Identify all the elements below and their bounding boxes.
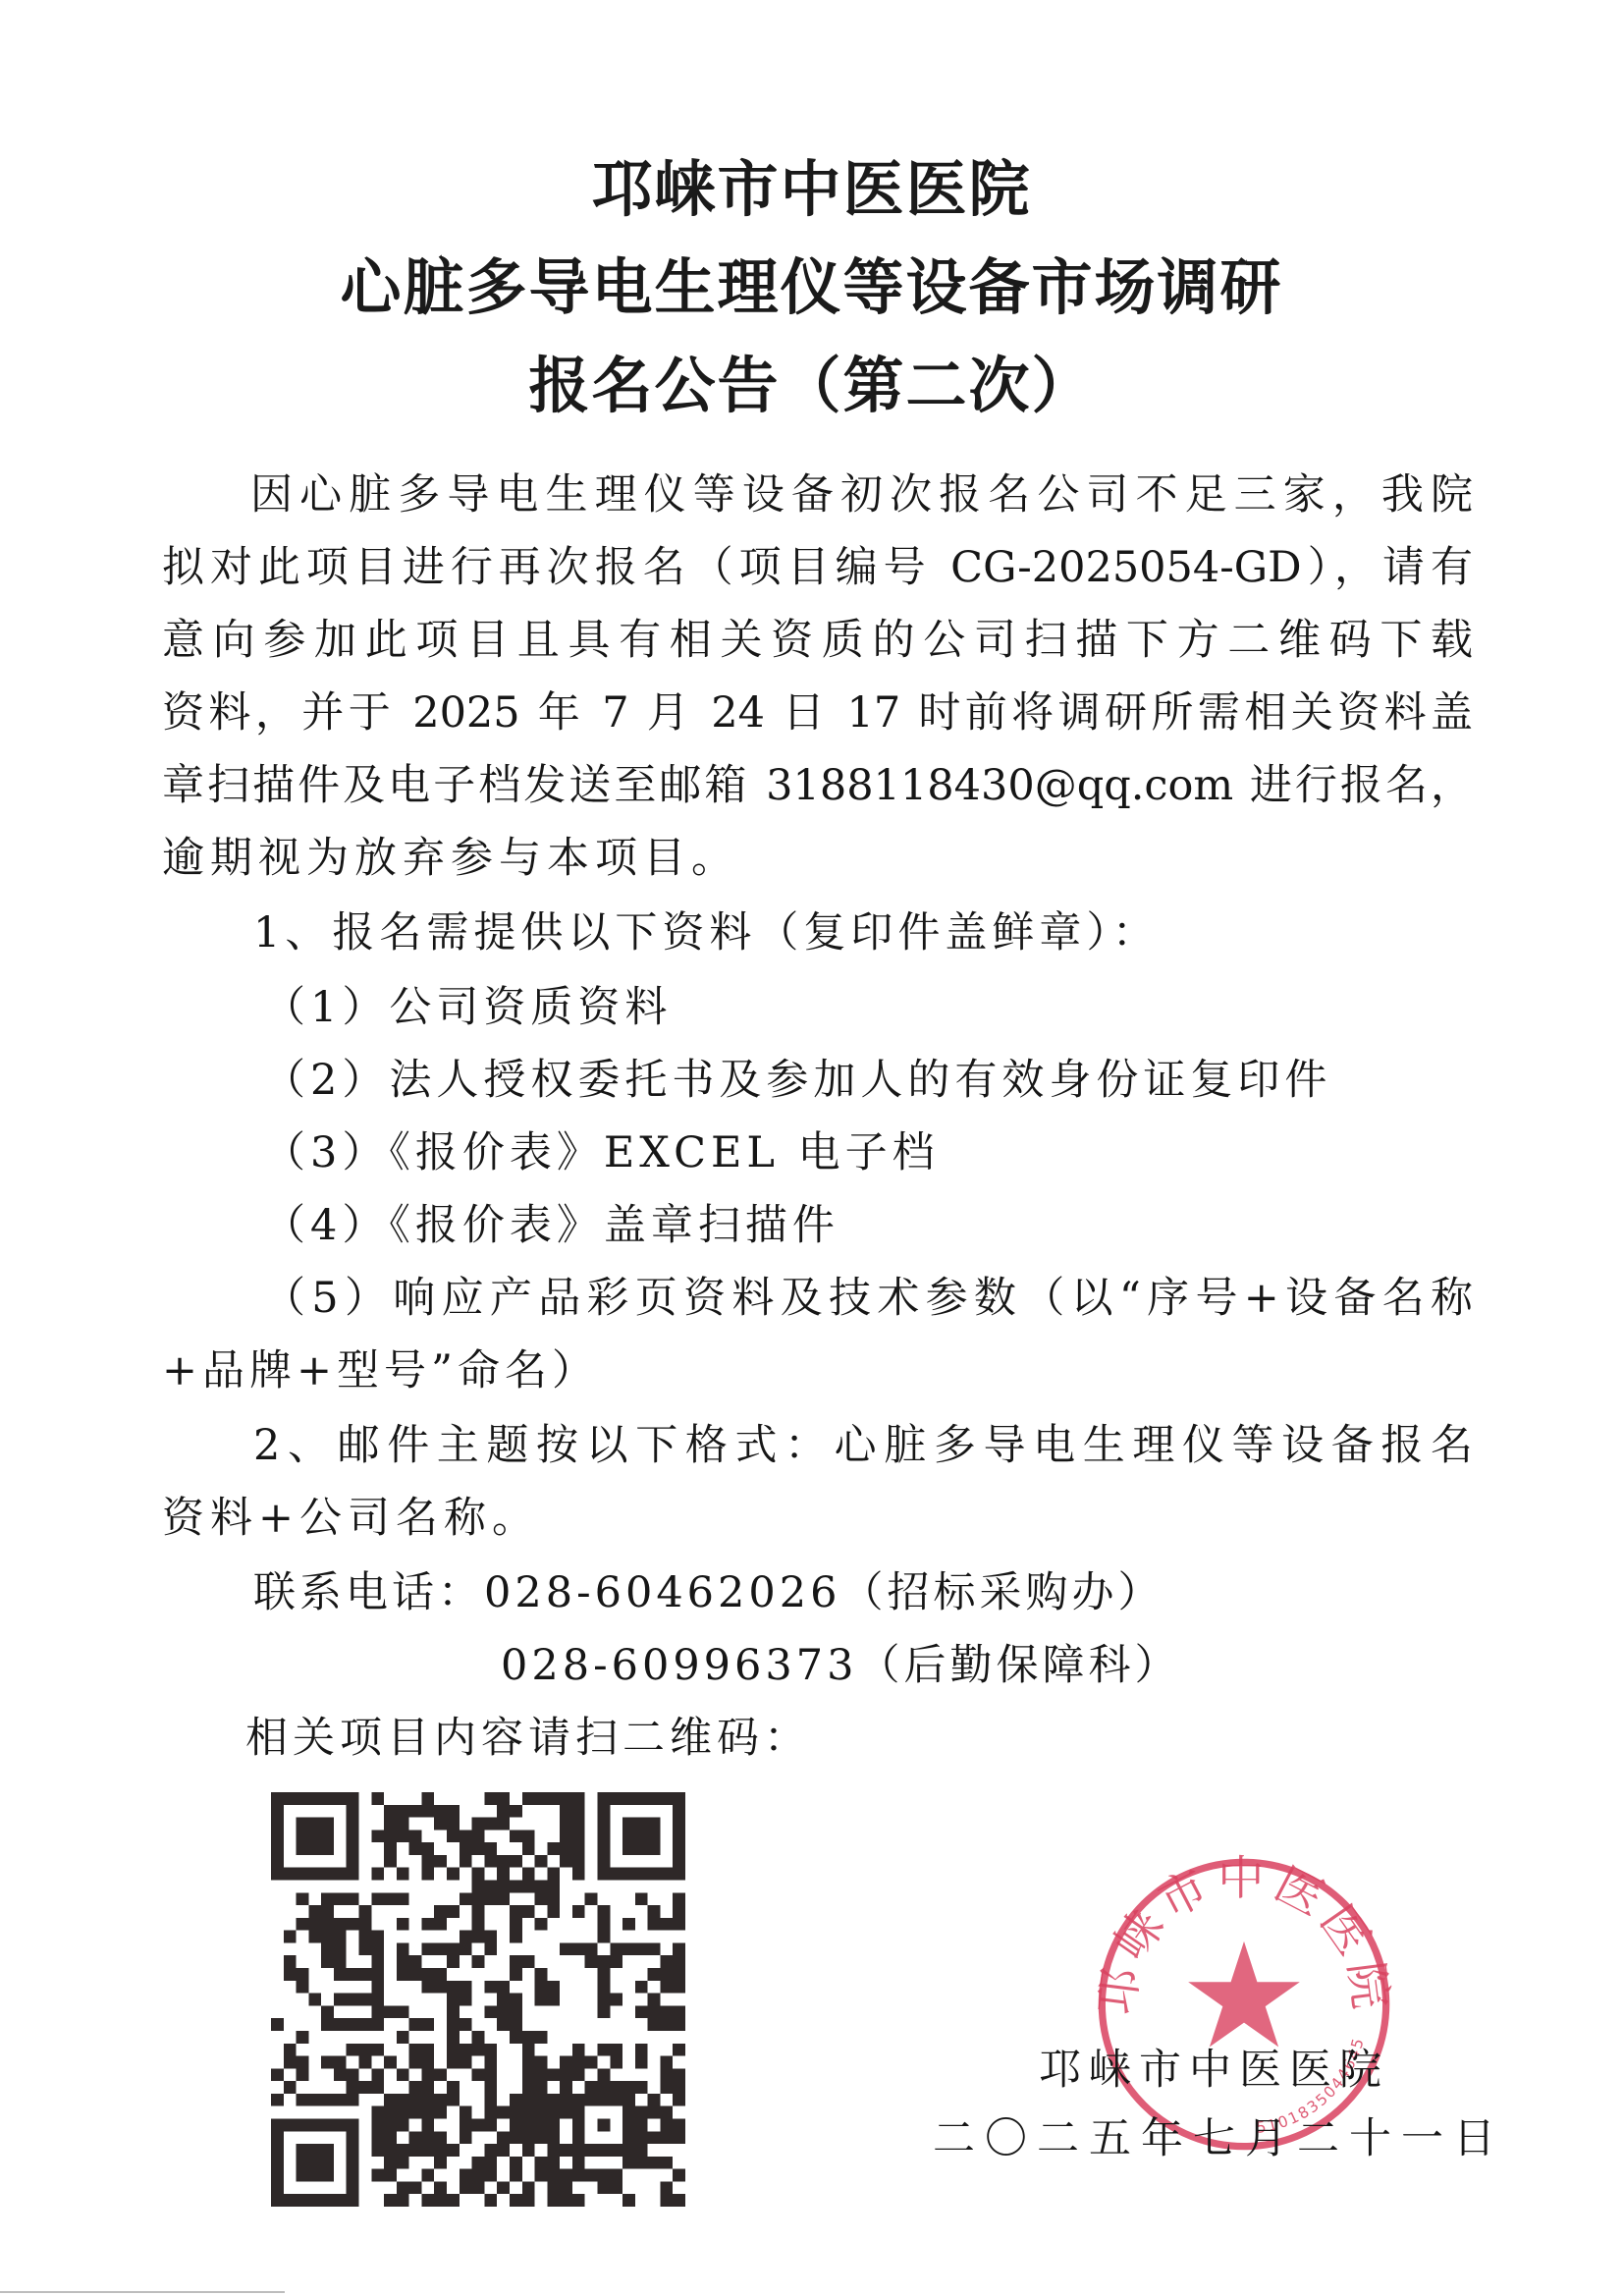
section1-item-1: （1）公司资质资料 — [263, 980, 672, 1035]
title-subject: 心脏多导电生理仪等设备市场调研 — [0, 253, 1623, 322]
section1-item-3: （3）《报价表》EXCEL 电子档 — [263, 1125, 940, 1180]
section2-line-2: 资料+公司名称。 — [162, 1491, 540, 1546]
phone-dept-procurement: （招标采购办） — [840, 1568, 1163, 1617]
intro-line-5: 章扫描件及电子档发送至邮箱 3188118430@qq.com 进行报名， — [162, 758, 1473, 813]
intro-line-6: 逾期视为放弃参与本项目。 — [162, 831, 739, 886]
phone-number-logistics: 028-60996373 — [501, 1641, 857, 1690]
document-page: 邛崃市中医医院 心脏多导电生理仪等设备市场调研 报名公告（第二次） 因心脏多导电… — [0, 0, 1623, 2296]
intro-line-2: 拟对此项目进行再次报名（项目编号 CG-2025054-GD），请有 — [162, 540, 1473, 595]
intro-line-1: 因心脏多导电生理仪等设备初次报名公司不足三家，我院 — [250, 467, 1473, 522]
intro-line-4: 资料，并于 2025 年 7 月 24 日 17 时前将调研所需相关资料盖 — [162, 685, 1473, 740]
qr-prompt: 相关项目内容请扫二维码： — [245, 1711, 811, 1766]
section1-item-2: （2）法人授权委托书及参加人的有效身份证复印件 — [263, 1053, 1331, 1108]
signature-org: 邛崃市中医医院 — [1039, 2043, 1389, 2098]
page-bottom-edge — [0, 2291, 285, 2293]
section1-item-4: （4）《报价表》盖章扫描件 — [263, 1198, 839, 1253]
section1-item-5-continuation: +品牌+型号”命名） — [162, 1343, 599, 1398]
contact-label: 联系电话： — [253, 1568, 484, 1617]
phone-number-procurement: 028-60462026 — [484, 1568, 840, 1617]
qr-code[interactable] — [271, 1792, 685, 2207]
contact-row-2: 028-60996373（后勤保障科） — [501, 1638, 1180, 1693]
phone-dept-logistics: （后勤保障科） — [857, 1641, 1180, 1690]
signature-date: 二〇二五年七月二十一日 — [933, 2111, 1505, 2166]
intro-line-3: 意向参加此项目且具有相关资质的公司扫描下方二维码下载 — [162, 613, 1473, 668]
contact-row-1: 联系电话：028-60462026（招标采购办） — [253, 1565, 1163, 1620]
section2-line-1: 2、邮件主题按以下格式：心脏多导电生理仪等设备报名 — [253, 1418, 1473, 1473]
section1-item-5: （5）响应产品彩页资料及技术参数（以“序号+设备名称 — [263, 1271, 1473, 1326]
title-hospital-name: 邛崃市中医医院 — [0, 155, 1623, 224]
title-notice-type: 报名公告（第二次） — [0, 352, 1623, 420]
scan-speck — [428, 845, 430, 847]
section1-heading: 1、报名需提供以下资料（复印件盖鲜章）： — [253, 905, 1160, 960]
